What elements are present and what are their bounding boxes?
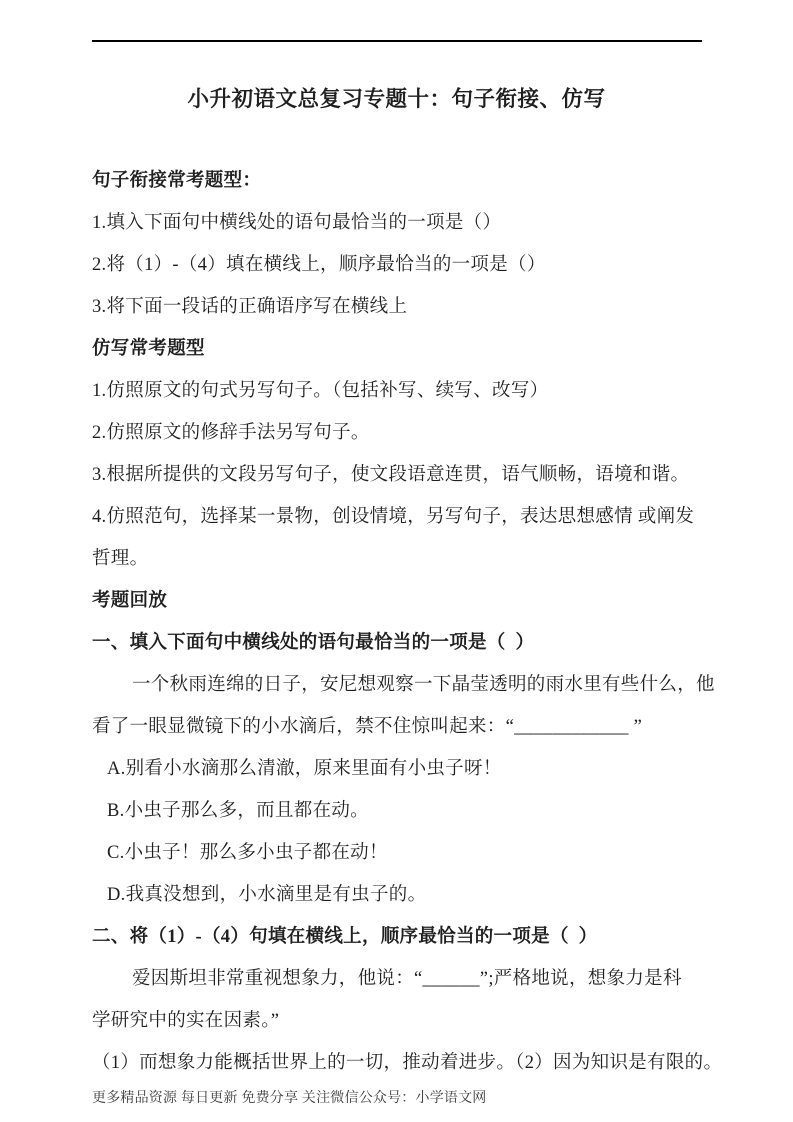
text-line: （1）而想象力能概括世界上的一切，推动着进步。（2）因为知识是有限的。 [92,1042,717,1084]
text-line: 学研究中的实在因素。” [92,1000,717,1042]
choice-option-c: C.小虫子！那么多小虫子都在动！ [92,832,717,874]
question-heading: 一、填入下面句中横线处的语句最恰当的一项是（ ） [92,622,717,664]
text-line: 2.仿照原文的修辞手法另写句子。 [92,412,717,454]
page-title: 小升初语文总复习专题十：句子衔接、仿写 [0,82,793,113]
text-line: 3.将下面一段话的正确语序写在横线上 [92,286,717,328]
text-line-with-blank: 看了一眼显微镜下的小水滴后，禁不住惊叫起来：“____________ ” [92,706,717,748]
choice-option-b: B.小虫子那么多，而且都在动。 [92,790,717,832]
footer-note: 更多精品资源 每日更新 免费分享 关注微信公众号：小学语文网 [92,1087,487,1107]
section-heading: 仿写常考题型 [92,328,717,370]
choice-option-a: A.别看小水滴那么清澈，原来里面有小虫子呀！ [92,748,717,790]
text-line-with-blank: 爱因斯坦非常重视想象力，他说：“______”;严格地说，想象力是科 [92,958,717,1000]
text-line: 1.填入下面句中横线处的语句最恰当的一项是（） [92,202,717,244]
text-line: 1.仿照原文的句式另写句子。（包括补写、续写、改写） [92,370,717,412]
document-page: 小升初语文总复习专题十：句子衔接、仿写 句子衔接常考题型： 1.填入下面句中横线… [0,0,793,1122]
text-line: 一个秋雨连绵的日子，安尼想观察一下晶莹透明的雨水里有些什么，他 [92,664,717,706]
question-heading: 二、将（1）-（4）句填在横线上，顺序最恰当的一项是（ ） [92,916,717,958]
text-line: 哲理。 [92,538,717,580]
text-line: 3.根据所提供的文段另写句子，使文段语意连贯，语气顺畅，语境和谐。 [92,454,717,496]
header-divider [92,40,702,42]
section-heading: 考题回放 [92,580,717,622]
text-line: 2.将（1）-（4）填在横线上，顺序最恰当的一项是（） [92,244,717,286]
text-line: 4.仿照范句，选择某一景物，创设情境，另写句子，表达思想感情 或阐发 [92,496,717,538]
choice-option-d: D.我真没想到，小水滴里是有虫子的。 [92,874,717,916]
section-heading: 句子衔接常考题型： [92,160,717,202]
document-body: 句子衔接常考题型： 1.填入下面句中横线处的语句最恰当的一项是（） 2.将（1）… [92,160,717,1084]
